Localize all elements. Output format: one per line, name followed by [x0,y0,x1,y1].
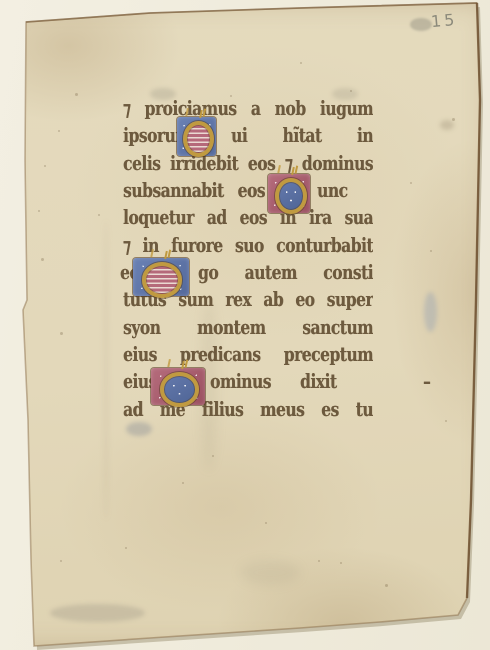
folio-number: 15 [430,10,458,31]
stain-smudge [104,220,108,520]
parchment-speck [452,118,455,121]
parchment-speck [300,62,302,64]
manuscript-text-line: ⁊ proiciamus a nob iugum [123,96,373,121]
stain-smudge [424,292,437,332]
parchment-speck [350,90,352,92]
parchment-speck [182,482,184,484]
manuscript-text-line: syon montem sanctum [123,315,373,340]
parchment-speck [44,165,46,167]
manuscript-text-line: dixit [300,369,355,394]
stain-smudge [440,120,454,130]
manuscript-leaf: 15 ⁊ proiciamus a nob iugumipsorum.ui hĩ… [0,0,490,650]
parchment-speck [212,455,214,457]
parchment-speck [410,182,412,184]
stain-smudge [410,18,432,31]
parchment-speck [340,562,342,564]
parchment-speck [98,214,100,216]
parchment-speck [60,560,62,562]
parchment-speck [430,250,432,252]
parchment-speck [41,258,44,261]
manuscript-text-line: ⁊ in furore suo conturbabit [123,233,373,258]
parchment-speck [60,332,63,335]
photo-background: 15 ⁊ proiciamus a nob iugumipsorum.ui hĩ… [0,0,490,650]
manuscript-text-line: unc [317,178,373,203]
manuscript-text-line: eius predicans preceptum [123,342,373,367]
parchment-speck [318,560,320,562]
manuscript-text-line: – [423,369,439,394]
parchment-speck [125,547,127,549]
illuminated-initial-q [177,117,216,156]
initial-letter-body [183,121,214,157]
stain-smudge [50,604,145,622]
illuminated-initial-d [151,368,205,405]
manuscript-text-line: ui hĩtat in [231,123,373,148]
parchment-speck [385,584,388,587]
manuscript-text-line: ominus [210,369,280,394]
initial-letter-body [160,372,199,407]
parchment-speck [75,93,78,96]
illuminated-initial-t [268,174,310,213]
parchment-speck [445,420,447,422]
manuscript-text-line: celis irridebit eos ⁊ dominus [123,151,373,176]
manuscript-text-line: loquetur ad eos in ira sua [123,205,373,230]
parchment-speck [38,210,40,212]
parchment-speck [58,130,60,132]
manuscript-text-line: go autem consti [198,260,373,285]
manuscript-text-line: subsannabit eos [123,178,265,203]
initial-letter-body [142,262,182,297]
stain-smudge [126,422,152,436]
stain-smudge [240,560,300,585]
parchment-speck [265,522,267,524]
initial-letter-body [275,178,307,214]
illuminated-initial-e [133,258,189,296]
manuscript-text-line: ipsorum. [123,123,179,148]
